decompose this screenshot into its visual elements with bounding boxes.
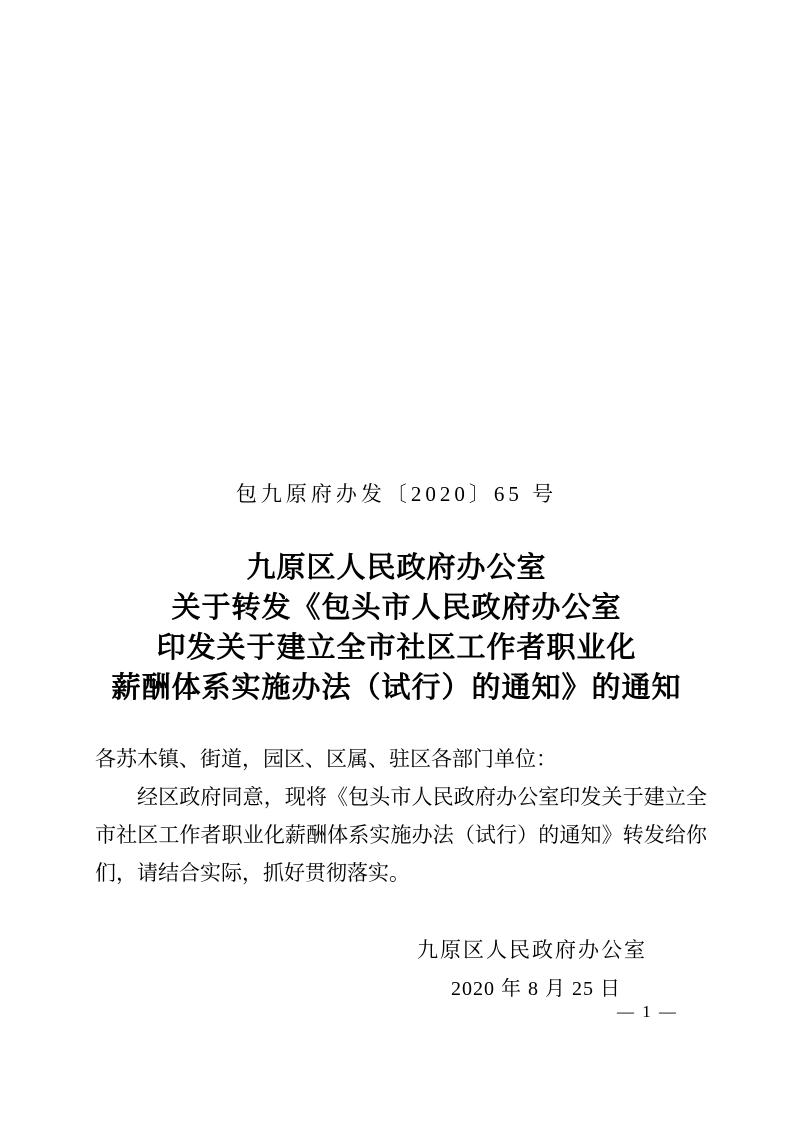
- title-line-2: 关于转发《包头市人民政府办公室: [0, 588, 793, 628]
- signature-org: 九原区人民政府办公室: [417, 934, 647, 964]
- body-paragraph: 经区政府同意，现将《包头市人民政府办公室印发关于建立全市社区工作者职业化薪酬体系…: [95, 778, 707, 892]
- salutation: 各苏木镇、街道，园区、区属、驻区各部门单位：: [95, 740, 707, 778]
- title-line-4: 薪酬体系实施办法（试行）的通知》的通知: [0, 668, 793, 708]
- document-body: 各苏木镇、街道，园区、区属、驻区各部门单位： 经区政府同意，现将《包头市人民政府…: [95, 740, 707, 892]
- document-title: 九原区人民政府办公室 关于转发《包头市人民政府办公室 印发关于建立全市社区工作者…: [0, 548, 793, 708]
- page-number: — 1 —: [617, 1002, 678, 1022]
- title-line-3: 印发关于建立全市社区工作者职业化: [0, 628, 793, 668]
- document-page: 包九原府办发〔2020〕65 号 九原区人民政府办公室 关于转发《包头市人民政府…: [0, 0, 793, 1122]
- title-line-1: 九原区人民政府办公室: [0, 548, 793, 588]
- signature-date: 2020 年 8 月 25 日: [451, 972, 621, 1001]
- document-number: 包九原府办发〔2020〕65 号: [0, 478, 793, 508]
